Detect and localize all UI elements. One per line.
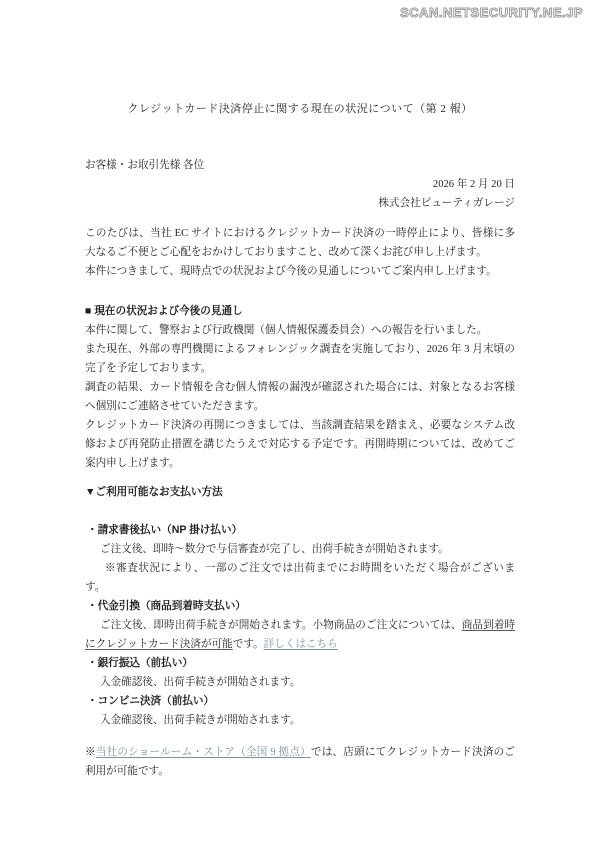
payment-method-note: ※審査状況により、一部のご注文では出荷までにお時間をいただく場合がございます。 [85,559,515,597]
payment-method-description: 入金確認後、出荷手続きが開始されます。 [85,673,515,692]
showroom-note-prefix: ※ [85,747,96,758]
payment-method-bank-transfer: ・銀行振込（前払い） 入金確認後、出荷手続きが開始されます。 [85,654,515,692]
intro-paragraph-purpose: 本件につきまして、現時点での状況および今後の見通しについてご案内申し上げます。 [85,262,515,281]
showroom-note: ※当社のショールーム・ストア（全国 9 拠点）では、店頭にてクレジットカード決済… [85,743,515,781]
status-paragraph-report: 本件に関して、警察および行政機関（個人情報保護委員会）への報告を行いました。 [85,321,515,340]
details-link[interactable]: 詳しくはこちら [264,639,338,650]
showroom-store-link[interactable]: 当社のショールーム・ストア（全国 9 拠点） [96,747,311,758]
date-line: 2026 年 2 月 20 日 [85,175,515,194]
payment-method-convenience-store: ・コンビニ決済（前払い） 入金確認後、出荷手続きが開始されます。 [85,692,515,730]
payment-method-description: 入金確認後、出荷手続きが開始されます。 [85,711,515,730]
document-page: SCAN.NETSECURITY.NE.JP クレジットカード決済停止に関する現… [0,0,595,841]
status-paragraph-leak-notice: 調査の結果、カード情報を含む個人情報の漏洩が確認された場合には、対象となるお客様… [85,378,515,416]
status-paragraph-restart: クレジットカード決済の再開につきましては、当該調査結果を踏まえ、必要なシステム改… [85,416,515,473]
payment-method-cod: ・代金引換（商品到着時支払い） ご注文後、即時出荷手続きが開始されます。小物商品… [85,597,515,654]
document-title: クレジットカード決済停止に関する現在の状況について（第 2 報） [85,100,515,119]
payment-method-title: ・銀行振込（前払い） [85,654,515,673]
payment-method-title: ・代金引換（商品到着時支払い） [85,597,515,616]
cod-description-text: ご注文後、即時出荷手続きが開始されます。小物商品のご注文については、 [100,620,462,631]
status-section-heading: ■ 現在の状況および今後の見通し [85,302,515,321]
payment-method-title: ・コンビニ決済（前払い） [85,692,515,711]
intro-paragraph-apology: このたびは、当社 EC サイトにおけるクレジットカード決済の一時停止により、皆様… [85,224,515,262]
company-name: 株式会社ビューティガレージ [85,194,515,213]
payment-method-title: ・請求書後払い（NP 掛け払い） [85,521,515,540]
document-content: クレジットカード決済停止に関する現在の状況について（第 2 報） お客様・お取引… [85,0,515,781]
payment-method-description: ご注文後、即時～数分で与信審査が完了し、出荷手続きが開始されます。 [85,540,515,559]
cod-description-suffix: です。 [233,639,264,650]
payment-section-heading: ▼ご利用可能なお支払い方法 [85,483,515,502]
addressee-line: お客様・お取引先様 各位 [85,156,515,175]
payment-methods-list: ・請求書後払い（NP 掛け払い） ご注文後、即時～数分で与信審査が完了し、出荷手… [85,521,515,730]
payment-method-description: ご注文後、即時出荷手続きが開始されます。小物商品のご注文については、商品到着時に… [85,616,515,654]
payment-method-invoice: ・請求書後払い（NP 掛け払い） ご注文後、即時～数分で与信審査が完了し、出荷手… [85,521,515,597]
status-paragraph-forensic: また現在、外部の専門機関によるフォレンジック調査を実施しており、2026 年 3… [85,340,515,378]
